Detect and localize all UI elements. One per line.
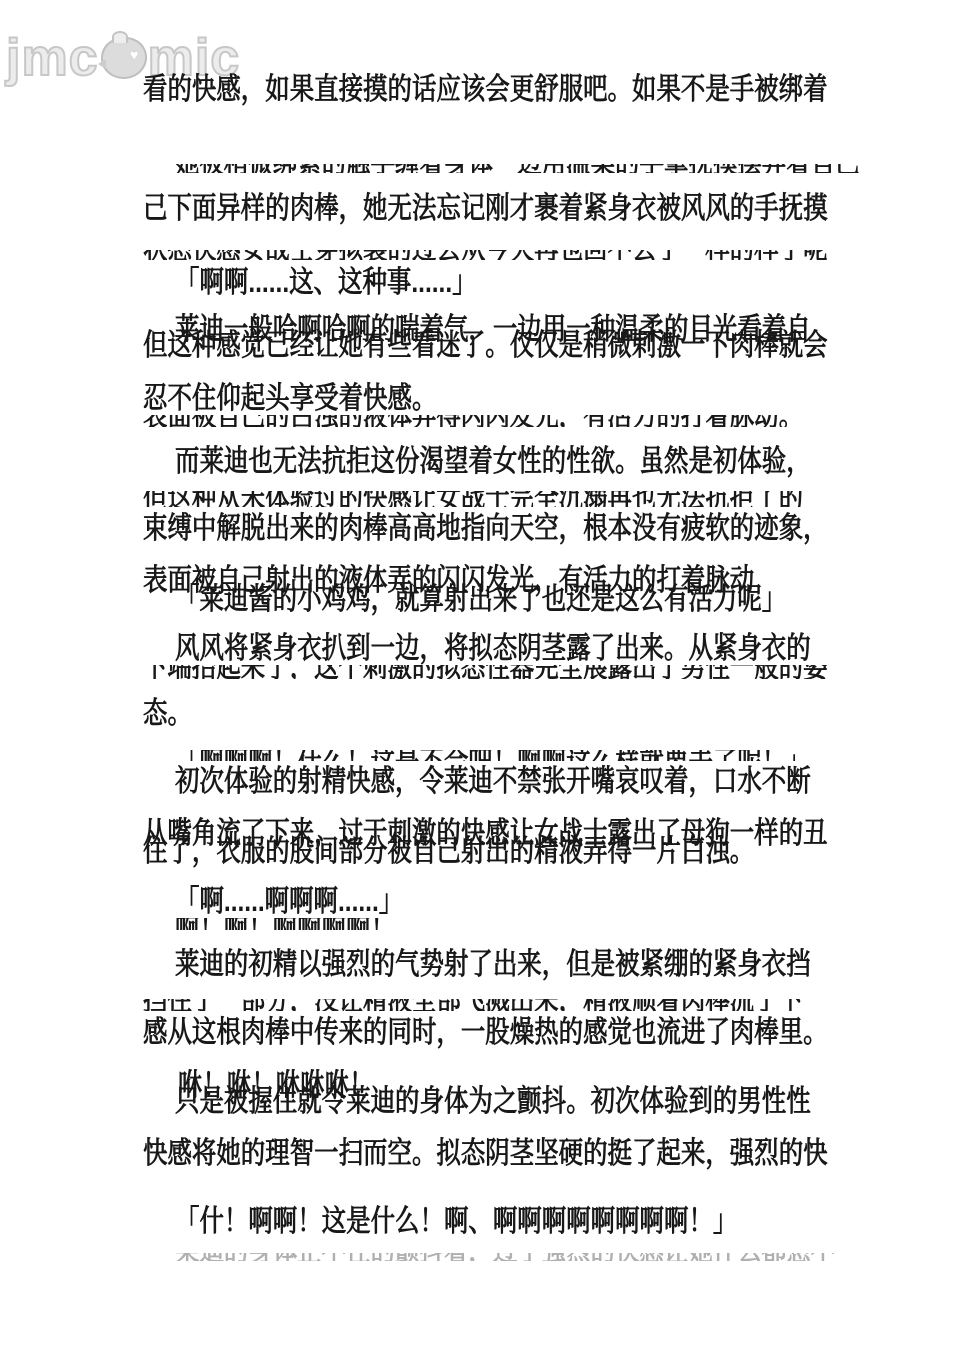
- text-line: 初次体验的射精快感，令莱迪不禁张开嘴哀叹着，口水不断: [175, 767, 811, 797]
- text-fragment-content: 表面被自己的白浊的液体弄得闪闪发光，有活力的打着脉动。: [143, 415, 803, 427]
- text-fragment: 但这种从未体验过的快感让女战士完全沉溺再也无法抗拒了的: [143, 491, 883, 507]
- text-fragment-content: 下端抬起来了，这个刺激的拟态性器完全展露出了男性一般的姿: [143, 665, 828, 679]
- text-line: 看的快感，如果直接摸的话应该会更舒服吧。如果不是手被绑着: [143, 75, 828, 105]
- text-line: 「莱迪酱的小鸡鸡，就算射出来了也还是这么有活力呢」: [175, 585, 786, 615]
- bird-crest: [112, 31, 128, 43]
- text-line: 感从这根肉棒中传来的同时，一股燥热的感觉也流进了肉棒里。: [143, 1018, 828, 1048]
- text-line: 忍不住仰起头享受着快感。: [143, 384, 436, 414]
- text-line: 快感将她的理智一扫而空。拟态阴茎坚硬的挺了起来，强烈的快: [143, 1139, 828, 1169]
- text-fragment: 啊！啊！啊啊啊啊！: [175, 918, 915, 930]
- text-fragment-content: 莱迪的身体止不住的颤抖着，过于强烈的快感让她什么都想不: [175, 1253, 835, 1261]
- bird-beak: [98, 59, 106, 69]
- text-line: 但这种感觉已经让她有些看迷了。仅仅是稍微剌激一下肉棒就会: [143, 331, 828, 361]
- text-fragment: 挡住了一部分，没让精液全部飞溅出来，精液顺着肉棒流了下: [143, 999, 883, 1011]
- text-fragment: 「啊啊啊！什么！这是不会吧！啊啊这么样就要去了呢！」: [175, 750, 915, 761]
- text-fragment: 她被稍微绑紧的触手缠着身体一边用温柔的手掌抚摸摆弄着自己: [175, 164, 915, 173]
- text-line: 态。: [143, 699, 192, 729]
- text-line: 莱迪的初精以强烈的气势射了出来，但是被紧绷的紧身衣挡: [175, 950, 811, 980]
- page-canvas: jmc ♥ mic 看的快感，如果直接摸的话应该会更舒服吧。如果不是手被绑着她被…: [0, 0, 960, 1358]
- text-line: 只是被握住就令莱迪的身体为之颤抖。初次体验到的男性性: [175, 1087, 811, 1117]
- text-line: 己下面异样的肉棒，她无法忘记刚才裹着紧身衣被风风的手抚摸: [143, 194, 828, 224]
- text-line: 住了，衣服的股间部分被自己射出的精液弄得一片白浊。: [143, 837, 754, 867]
- text-fragment: 状态快感女战士穿拟装的过去从今天再也回不去了一样的样子呢: [143, 250, 883, 260]
- watermark-text-left: jmc: [6, 28, 99, 88]
- text-fragment-content: 啊！啊！啊啊啊啊！: [175, 918, 395, 930]
- bird-icon: ♥: [101, 37, 147, 79]
- text-line: 而莱迪也无法抗拒这份渴望着女性的性欲。虽然是初体验，: [175, 447, 811, 477]
- text-line: 束缚中解脱出来的肉棒高高地指向天空，根本没有疲软的迹象，: [143, 514, 828, 544]
- text-line: 「啊......啊啊啊......」: [175, 887, 403, 917]
- text-line: 「什！啊啊！这是什么！啊、啊啊啊啊啊啊啊啊！」: [175, 1207, 737, 1237]
- text-line: 风风将紧身衣扒到一边，将拟态阴茎露了出来。从紧身衣的: [175, 634, 811, 664]
- text-fragment-content: 她被稍微绑紧的触手缠着身体一边用温柔的手掌抚摸摆弄着自己: [175, 164, 860, 173]
- text-fragment-content: 状态快感女战士穿拟装的过去从今天再也回不去了一样的样子呢: [143, 250, 828, 260]
- text-fragment-content: 但这种从未体验过的快感让女战士完全沉溺再也无法抗拒了的: [143, 491, 803, 507]
- text-fragment-content: 挡住了一部分，没让精液全部飞溅出来，精液顺着肉棒流了下: [143, 999, 803, 1011]
- text-fragment: 表面被自己的白浊的液体弄得闪闪发光，有活力的打着脉动。: [143, 415, 883, 427]
- text-fragment: 下端抬起来了，这个刺激的拟态性器完全展露出了男性一般的姿: [143, 665, 883, 679]
- text-fragment: 莱迪的身体止不住的颤抖着，过于强烈的快感让她什么都想不: [175, 1253, 915, 1261]
- text-line: 「啊啊......这、这种事......」: [175, 268, 477, 298]
- text-fragment-content: 「啊啊啊！什么！这是不会吧！啊啊这么样就要去了呢！」: [175, 750, 811, 761]
- heart-icon: ♥: [130, 48, 140, 63]
